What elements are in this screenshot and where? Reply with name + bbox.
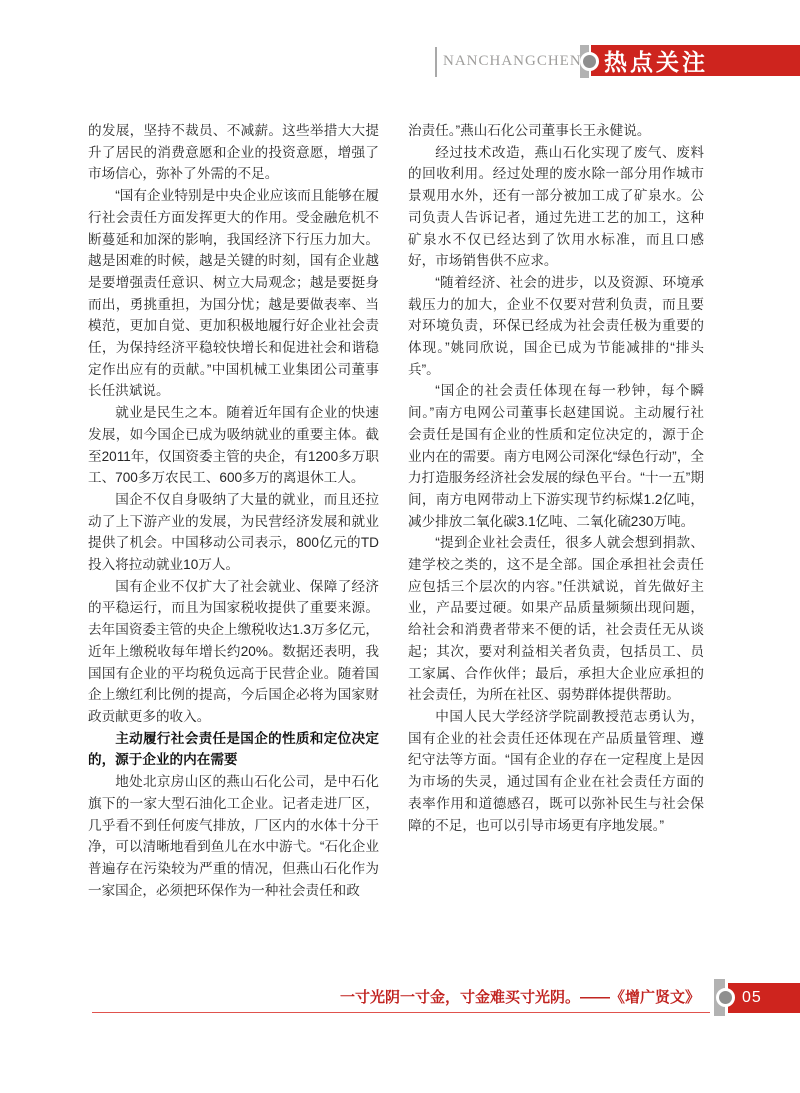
left-column: 的发展，坚持不裁员、不减薪。这些举措大大提升了居民的消费意愿和企业的投资意愿，增… — [88, 120, 379, 901]
brand-divider-line — [435, 47, 437, 77]
paragraph: 治责任。”燕山石化公司董事长王永健说。 — [408, 120, 704, 142]
paragraph: “国企的社会责任体现在每一秒钟，每个瞬间。”南方电网公司董事长赵建国说。主动履行… — [408, 380, 704, 532]
paragraph: “提到企业社会责任，很多人就会想到捐款、建学校之类的，这不是全部。国企承担社会责… — [408, 532, 704, 706]
paragraph: 中国人民大学经济学院副教授范志勇认为，国有企业的社会责任还体现在产品质量管理、遵… — [408, 706, 704, 836]
paragraph: 的发展，坚持不裁员、不减薪。这些举措大大提升了居民的消费意愿和企业的投资意愿，增… — [88, 120, 379, 185]
paragraph: 经过技术改造，燕山石化实现了废气、废料的回收利用。经过处理的废水除一部分用作城市… — [408, 142, 704, 272]
paragraph: 国企不仅自身吸纳了大量的就业，而且还拉动了上下游产业的发展，为民营经济发展和就业… — [88, 489, 379, 576]
page-number-box: 05 — [728, 983, 800, 1013]
paragraph: 地处北京房山区的燕山石化公司，是中石化旗下的一家大型石油化工企业。记者走进厂区，… — [88, 771, 379, 901]
paragraph: 国有企业不仅扩大了社会就业、保障了经济的平稳运行，而且为国家税收提供了重要来源。… — [88, 576, 379, 728]
paragraph: “随着经济、社会的进步，以及资源、环境承载压力的加大，企业不仅要对营利负责，而且… — [408, 272, 704, 381]
section-title: 热点关注 — [604, 44, 708, 77]
footer-circle-ornament — [716, 988, 735, 1007]
magazine-page: NANCHANGCHENGTOU 热点关注 的发展，坚持不裁员、不减薪。这些举措… — [0, 0, 800, 1093]
footer-proverb: 一寸光阴一寸金，寸金难买寸光阴。——《增广贤文》 — [88, 986, 700, 1007]
right-column: 治责任。”燕山石化公司董事长王永健说。 经过技术改造，燕山石化实现了废气、废料的… — [408, 120, 704, 836]
section-banner: 热点关注 — [591, 45, 800, 76]
paragraph: 就业是民生之本。随着近年国有企业的快速发展，如今国企已成为吸纳就业的重要主体。截… — [88, 402, 379, 489]
paragraph: “国有企业特别是中央企业应该而且能够在履行社会责任方面发挥更大的作用。受金融危机… — [88, 185, 379, 402]
section-subheading: 主动履行社会责任是国企的性质和定位决定的，源于企业的内在需要 — [88, 728, 379, 771]
footer-rule-line — [92, 1012, 710, 1013]
page-number: 05 — [742, 989, 762, 1007]
header-circle-ornament — [580, 52, 599, 71]
